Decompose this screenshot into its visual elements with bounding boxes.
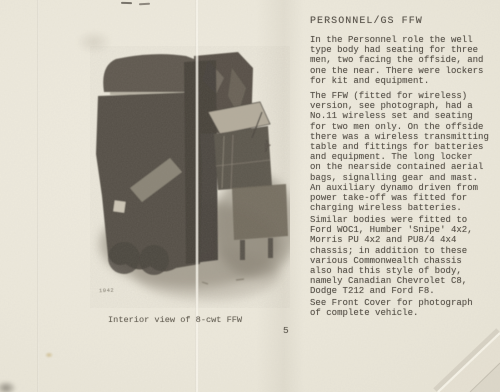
paper-stain: [0, 381, 16, 392]
page-gutter-shadow: [256, 0, 304, 392]
body-paragraph-3: Similar bodies were fitted to Ford WOC1,…: [310, 215, 473, 297]
fold-crease: [37, 0, 39, 392]
body-paragraph-1: In the Personnel role the well type body…: [310, 35, 483, 86]
ink-dash: [121, 2, 132, 5]
body-paragraph-4: See Front Cover for photograph of comple…: [310, 298, 473, 318]
photo-caption: Interior view of 8-cwt FFW: [108, 315, 242, 325]
fold-crease: [195, 0, 199, 392]
page-corner-fold: [400, 320, 500, 392]
ink-dash: [139, 3, 150, 6]
body-paragraph-2: The FFW (fitted for wireless) version, s…: [310, 91, 489, 213]
section-heading: PERSONNEL/GS FFW: [310, 16, 423, 27]
page-number: 5: [283, 325, 289, 336]
scanned-booklet-page: 1942 Interior view of 8-cwt FFW 5 PERSON…: [0, 0, 500, 392]
paper-stain: [45, 352, 53, 358]
pencil-annotation: 1942: [99, 287, 114, 295]
